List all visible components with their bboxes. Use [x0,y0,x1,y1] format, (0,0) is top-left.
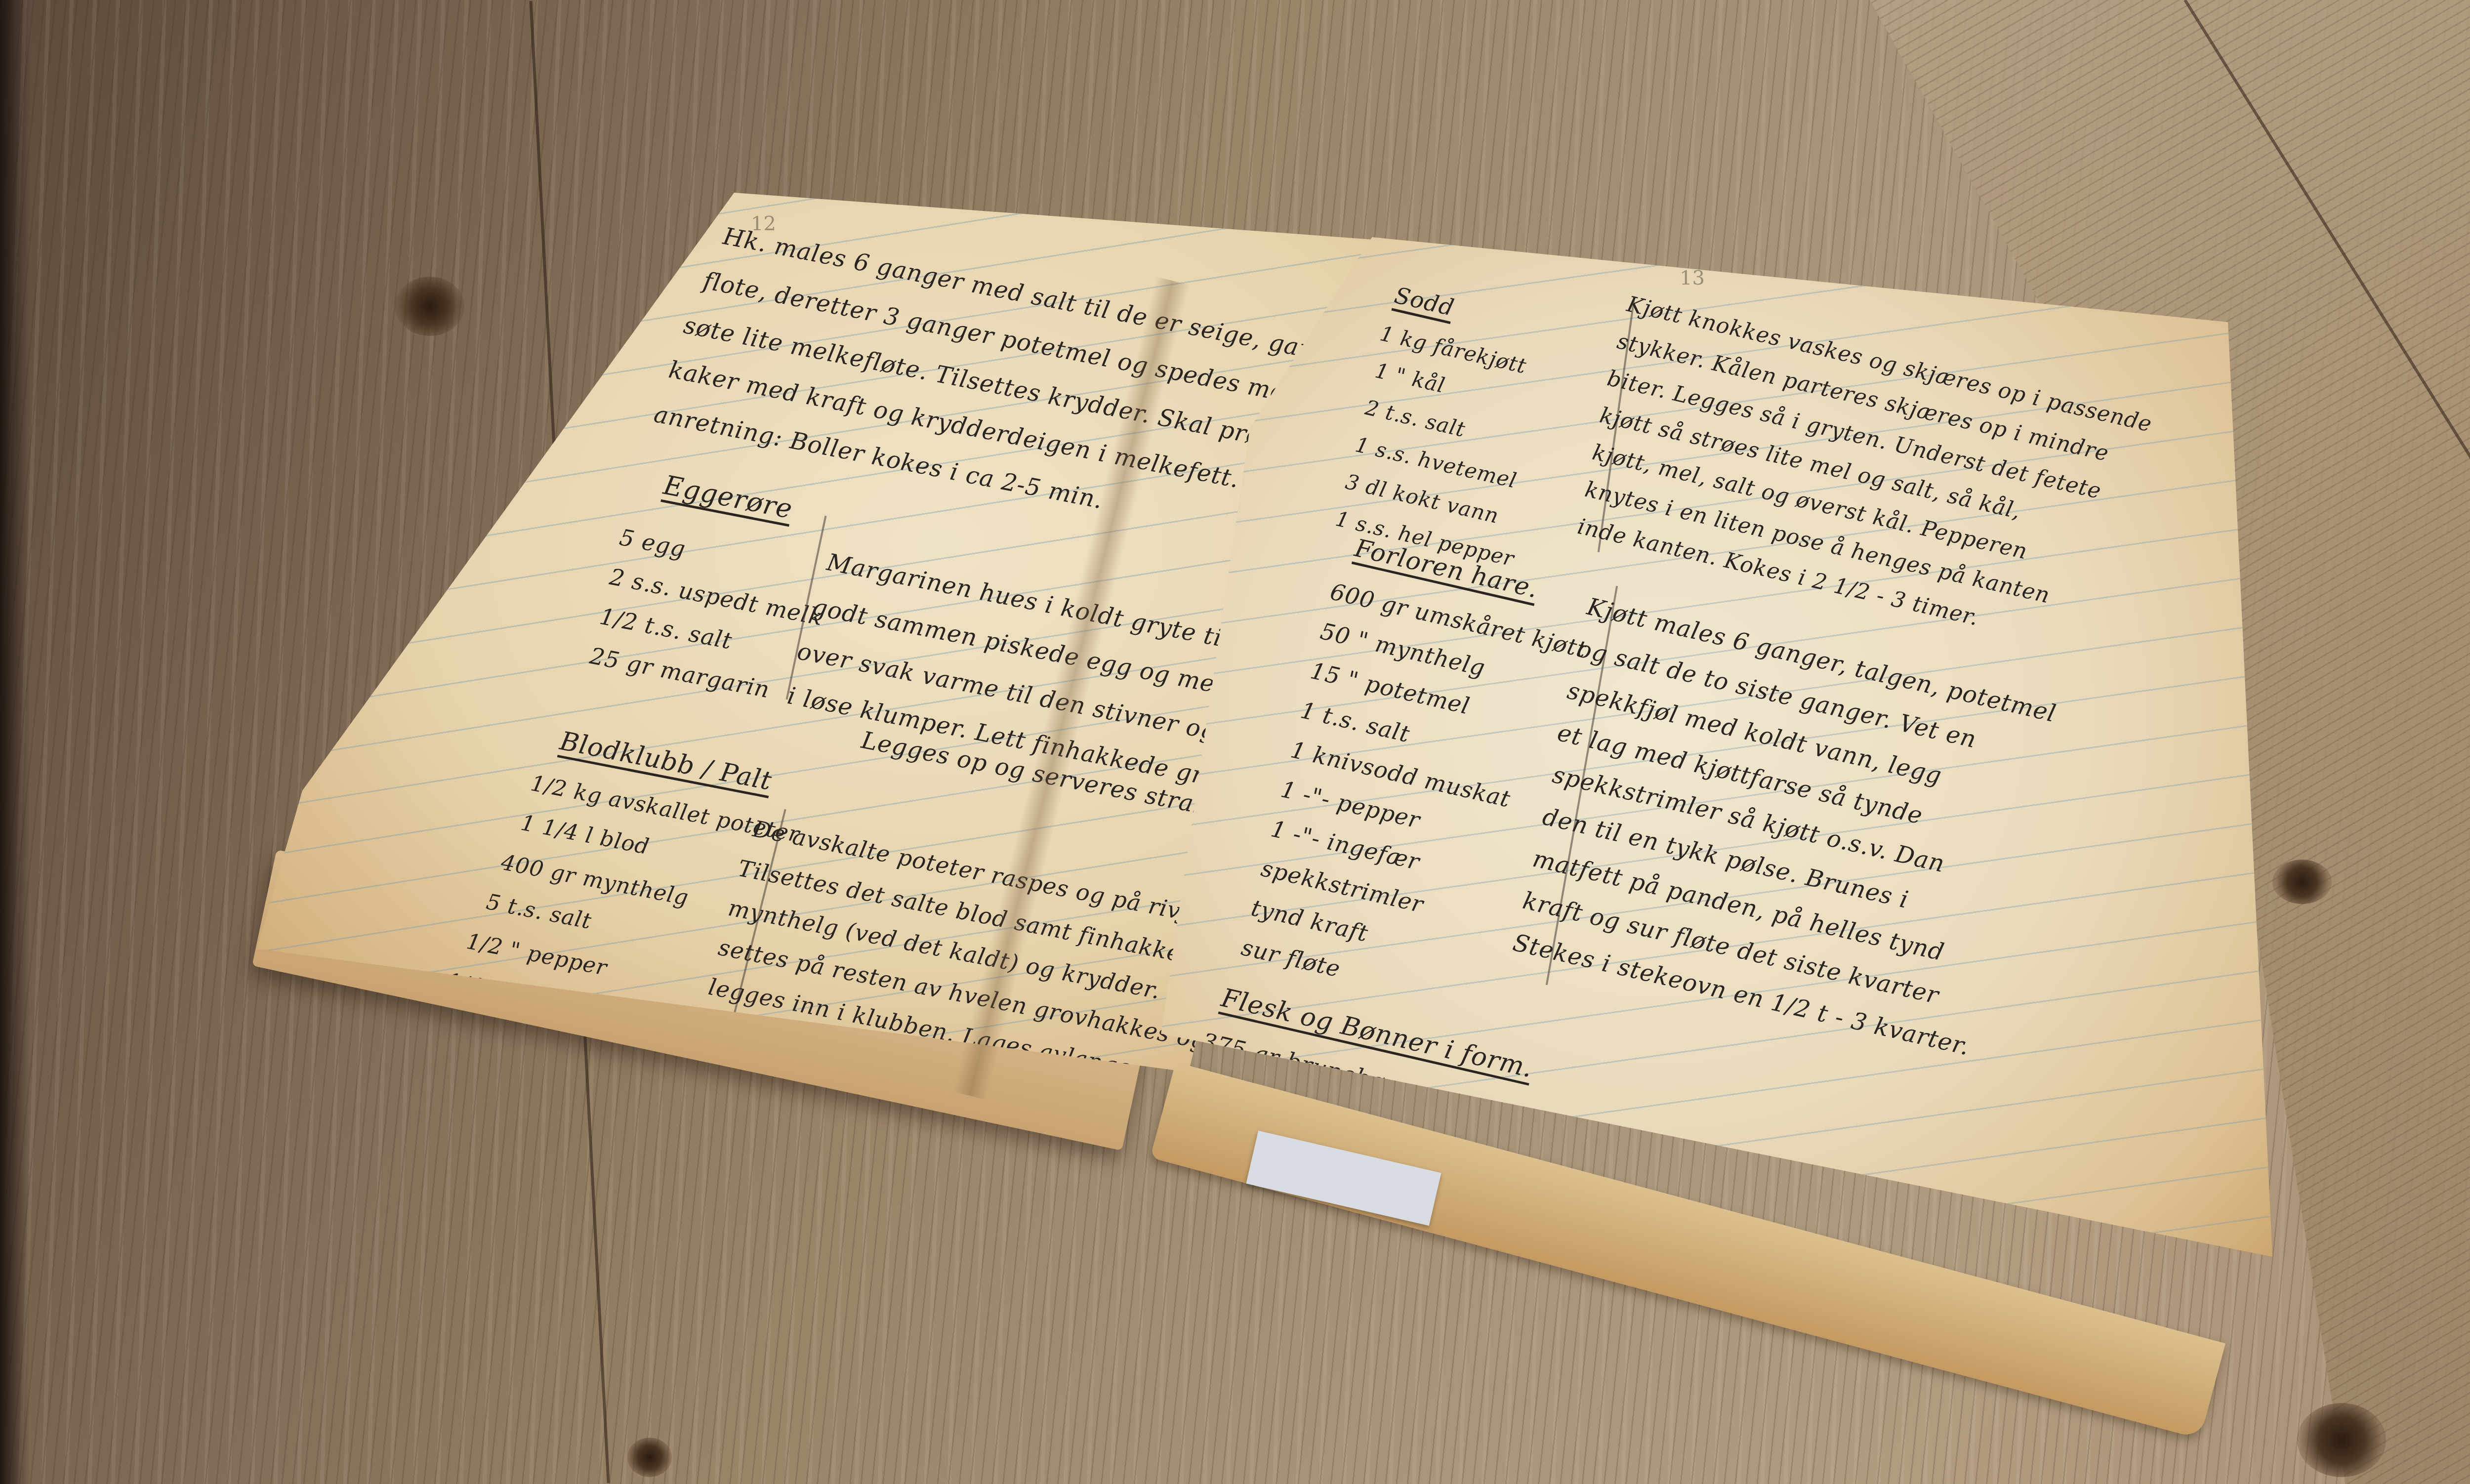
ingredient: 1 t.s. salt [1298,697,1412,747]
ingredient: 1 1/4 l blod [519,810,652,860]
recipe-title: Eggerøre [661,469,795,525]
ingredient: 1 " kål [1373,358,1447,398]
ingredient: 5 t.s. salt [484,889,594,934]
ingredient: 5 egg [617,524,688,563]
ingredient: 25 gr margarin [588,642,772,703]
page-number: 13 [1680,267,1705,289]
ingredient: 2 t.s. salt [1363,395,1468,442]
recipe-title: Sodd [1392,282,1457,321]
wood-knot [2297,1403,2386,1477]
ingredient: 1/2 " pepper [464,929,609,981]
table-shadow-edge [0,0,30,1484]
wood-knot [627,1438,672,1477]
ingredient: sur fløte [1239,934,1343,983]
wood-knot [395,277,464,336]
wood-knot [2272,860,2332,904]
